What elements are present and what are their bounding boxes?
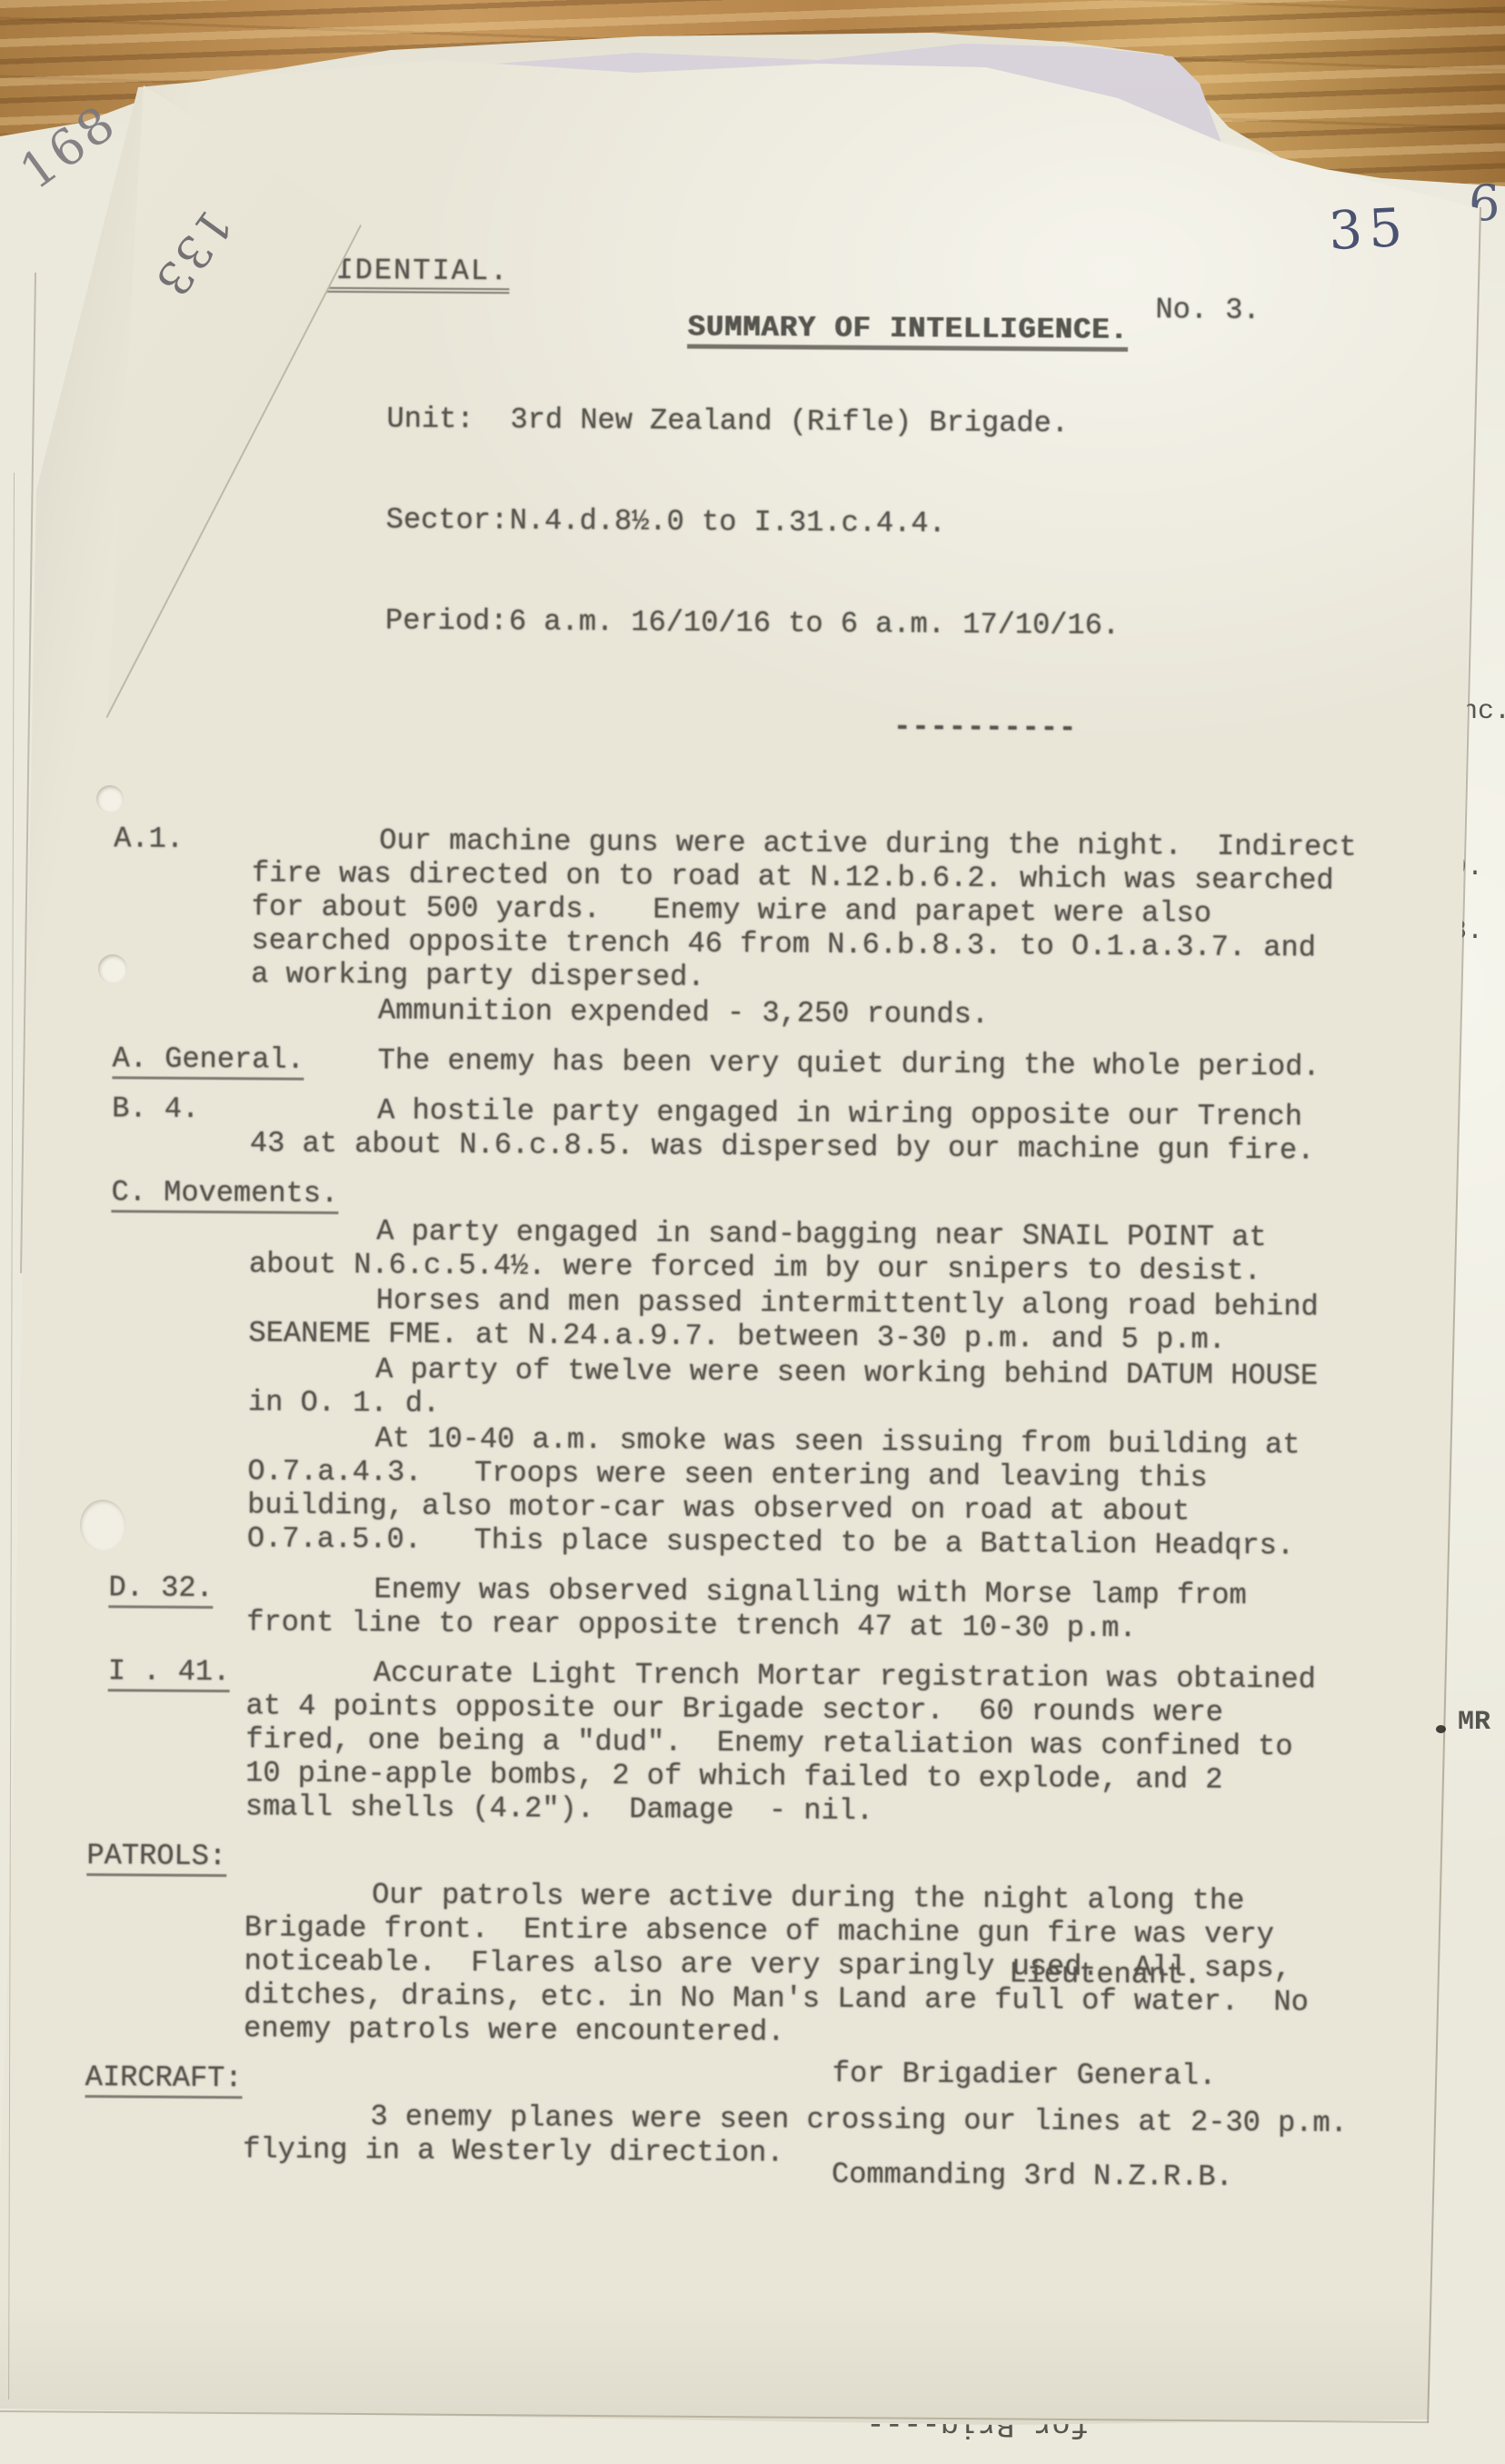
section-body: Our machine guns were active during the … [251, 823, 1405, 1034]
signature-for: for Brigadier General. [832, 2057, 1201, 2093]
paragraph: Ammunition expended - 3,250 rounds. [251, 993, 1403, 1034]
section-body: A party engaged in sand-bagging near SNA… [247, 1213, 1402, 1563]
signature-block: Lieutenant. for Brigadier General. Comma… [831, 1889, 1201, 2261]
meta-unit: Unit: 3rd New Zealand (Rifle) Brigade. [386, 402, 1407, 443]
unit-label: Unit: [386, 402, 510, 436]
paragraph: At 10-40 a.m. smoke was seen issuing fro… [247, 1421, 1400, 1563]
text-line: about N.6.c.5.4½. were forced im by our … [249, 1247, 1401, 1289]
text-line: The enemy has been very quiet during the… [250, 1042, 1402, 1084]
section-label: C. Movements. [111, 1175, 338, 1214]
period-label: Period: [385, 604, 509, 638]
unit-value: 3rd New Zealand (Rifle) Brigade. [510, 403, 1069, 440]
section: D. 32.Enemy was observed signalling with… [81, 1571, 1399, 1647]
text-line: O.7.a.5.0. This place suspected to be a … [247, 1521, 1400, 1563]
section-body: The enemy has been very quiet during the… [250, 1042, 1402, 1084]
signature-rank: Lieutenant. [832, 1956, 1201, 1992]
paragraph: A hostile party engaged in wiring opposi… [250, 1092, 1402, 1168]
sections: A.1.Our machine guns were active during … [77, 822, 1404, 2174]
period-value: 6 a.m. 16/10/16 to 6 a.m. 17/10/16. [509, 604, 1120, 643]
page-title: SUMMARY OF INTELLIGENCE. [687, 311, 1128, 352]
section-label: PATROLS: [86, 1839, 226, 1877]
text-line: small shells (4.2"). Damage - nil. [245, 1790, 1398, 1831]
paragraph: A party of twelve were seen working behi… [248, 1352, 1400, 1427]
section-body: Accurate Light Trench Mortar registratio… [245, 1655, 1399, 1831]
page-number: 35 [1327, 196, 1410, 263]
section-body: A hostile party engaged in wiring opposi… [250, 1092, 1402, 1168]
section-label: AIRCRAFT: [85, 2060, 243, 2099]
meta-period: Period: 6 a.m. 16/10/16 to 6 a.m. 17/10/… [385, 604, 1406, 644]
edge-text-fragment: MR [1458, 1707, 1490, 1738]
ink-dot [1436, 1725, 1446, 1733]
text-line: 43 at about N.6.c.8.5. was dispersed by … [250, 1126, 1402, 1168]
paragraph: Horses and men passed intermittently alo… [248, 1282, 1400, 1358]
section: B. 4.A hostile party engaged in wiring o… [85, 1092, 1402, 1168]
scanned-document: 6 168 nc. 9. 3. MR for Brig---- CONFIDEN… [0, 0, 1505, 2464]
paragraph: Our machine guns were active during the … [251, 823, 1404, 999]
paragraph: Our patrols were active during the night… [244, 1877, 1397, 2053]
section: I . 41.Accurate Light Trench Mortar regi… [80, 1654, 1399, 1831]
text-line: Ammunition expended - 3,250 rounds. [251, 993, 1403, 1034]
paragraph: Enemy was observed signalling with Morse… [246, 1571, 1399, 1647]
paragraph: The enemy has been very quiet during the… [250, 1042, 1402, 1084]
section-body: Enemy was observed signalling with Morse… [246, 1571, 1399, 1647]
section-label: I . 41. [108, 1654, 231, 1692]
section-label: D. 32. [108, 1571, 214, 1609]
document-number: No. 3. [1155, 293, 1260, 327]
paragraph: A party engaged in sand-bagging near SNA… [249, 1213, 1401, 1289]
signature-commanding: Commanding 3rd N.Z.R.B. [832, 2158, 1200, 2194]
typed-content: CONFIDENTIAL. No. 3. SUMMARY OF INTELLIG… [77, 218, 1409, 2174]
sector-value: N.4.d.8½.0 to I.31.c.4.4. [510, 504, 946, 540]
meta-sector: Sector: N.4.d.8½.0 to I.31.c.4.4. [386, 503, 1407, 544]
sector-label: Sector: [386, 503, 510, 537]
section: C. Movements.A party engaged in sand-bag… [82, 1175, 1402, 1563]
section: A.1.Our machine guns were active during … [85, 822, 1405, 1034]
document-meta: Unit: 3rd New Zealand (Rifle) Brigade. S… [384, 334, 1408, 814]
section-label: A. General. [112, 1042, 304, 1080]
section-label: A.1. [114, 822, 184, 856]
section-label: B. 4. [112, 1092, 199, 1126]
section-body: Our patrols were active during the night… [244, 1877, 1397, 2053]
section: A. General.The enemy has been very quiet… [85, 1042, 1402, 1084]
paragraph: Accurate Light Trench Mortar registratio… [245, 1655, 1399, 1831]
dashed-divider: ---------- [893, 710, 1405, 747]
